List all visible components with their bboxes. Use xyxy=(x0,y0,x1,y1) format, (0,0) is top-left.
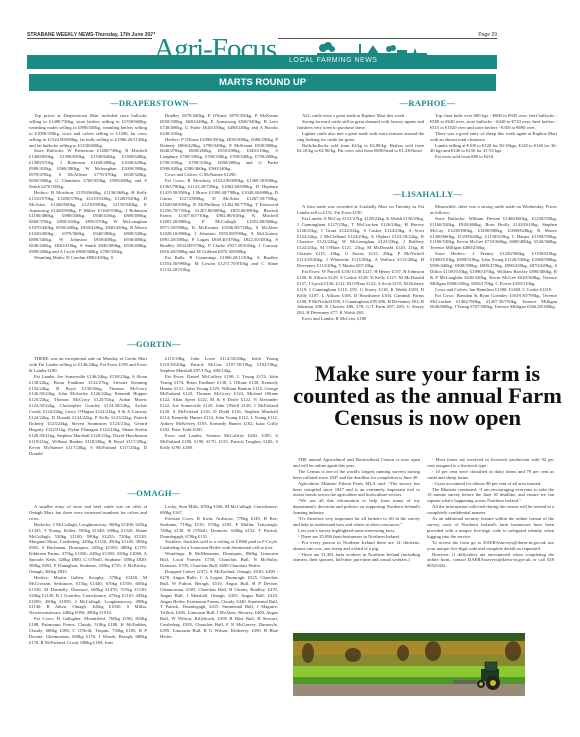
paragraph: £115/18kg, John Lowe £114.50/20kg, keith… xyxy=(160,356,278,374)
masthead-title: Agri-Focus xyxy=(152,34,278,55)
paragraph: Sucklers: Sucklers sold to a ceiling of … xyxy=(160,539,278,551)
gortin-col1: THERE was an exceptional sale on Monday … xyxy=(29,356,147,456)
paragraph: THERE was an exceptional sale on Monday … xyxy=(29,356,147,374)
paragraph: Lambs selling at €100 to €120 for 30-35k… xyxy=(430,143,557,155)
paragraph: Strong forward cattle still in great dem… xyxy=(297,119,424,131)
paragraph: Heifers: P O'Kane £1090/350kg, £830/300k… xyxy=(160,137,278,172)
section-heading-lisahally: —LISAHALLY— xyxy=(290,189,565,199)
tractor-field-image xyxy=(293,633,525,696)
paragraph: Weanlings: B McMenamin, Drumquin, 860kg … xyxy=(160,551,278,569)
raphoe-col1: ALL cattle were a great trade at Raphoe … xyxy=(297,113,424,154)
paragraph: Lighter cattle also met a great trade wi… xyxy=(297,131,424,143)
section-heading-omagh: —OMAGH— xyxy=(29,488,279,498)
census-headline: Make sure your farm is counted as the an… xyxy=(290,363,565,429)
paragraph: Top class bulls over 600 kgs - €600 to €… xyxy=(430,113,557,131)
paragraph: Fat Ewes: W Purcell £150 £138 £127, H He… xyxy=(297,269,424,316)
paragraph: A firm trade was recorded at Lisahally M… xyxy=(297,204,424,216)
paragraph: Ewes and Lambs: R McCrea, £180 xyxy=(297,316,424,322)
marts-banner: MARTS ROUND UP xyxy=(29,74,496,91)
paragraph: Fat Lambs: S McCay £131/27kg, £128/22kg,… xyxy=(297,216,424,269)
masthead-subtitle: LOCAL FARMING NEWS xyxy=(289,57,377,64)
paragraph: Fat Lambs: Joe Somerville £146/24kg, £13… xyxy=(29,374,147,457)
agri-focus-masthead: Agri-Focus LOCAL FARMING NEWS xyxy=(27,38,497,70)
paragraph: THE annual Agricultural and Horticultura… xyxy=(293,457,420,469)
paragraph: Store Bullocks: William Devine £1460/660… xyxy=(430,216,557,251)
paragraph: - 10 per cent were classified as dairy f… xyxy=(427,469,554,481)
paragraph: Bulls/bullocks sold from €2/kg to €2.80/… xyxy=(297,143,424,155)
paragraph: However, if difficulties are encountered… xyxy=(427,552,554,570)
paragraph: Bullocks: J McCullagh, Loughmacrory, 560… xyxy=(29,522,147,575)
paragraph: Store Heifers: J Feeney £1250/560kg, £11… xyxy=(430,251,557,286)
paragraph: - Grass accounted for almost 80 per cent… xyxy=(427,481,554,487)
gortin-col2: £115/18kg, John Lowe £114.50/20kg, keith… xyxy=(160,356,278,451)
paragraph: “It's therefore very important for all f… xyxy=(293,516,420,528)
census-col1: THE annual Agricultural and Horticultura… xyxy=(293,457,420,563)
lisahally-col1: A firm trade was recorded at Lisahally M… xyxy=(297,204,424,322)
omagh-col2: Lecky, Sion Mills, 670kg £168, M McCulla… xyxy=(160,504,278,640)
paragraph: - Most farms are involved in livestock p… xyxy=(427,457,554,469)
paragraph: As an additional security feature within… xyxy=(427,516,554,540)
tractor-field-photo xyxy=(293,633,525,696)
paragraph: Fat Bulls: R Cummings £1966.20/1130kg, S… xyxy=(160,255,278,273)
paragraph: The Minister continued: “I am encouragin… xyxy=(427,487,554,505)
paragraph: Dropped Calves (237): A McFarland, Omagh… xyxy=(160,569,278,640)
paragraph: “We use all this information to help for… xyxy=(293,498,420,516)
paragraph: Agriculture Minister Edwin Poots MLA sai… xyxy=(293,481,420,499)
section-heading-gortin: —GORTIN— xyxy=(29,339,279,349)
paragraph: All the information collected during the… xyxy=(427,504,554,516)
draperstown-col1: Top prices at Draperstown Mart included … xyxy=(29,113,147,261)
paragraph: Store Bullocks: W Pattersons £1480/730kg… xyxy=(29,148,147,189)
lisahally-col2: Meanwhile, there was a strong cattle tra… xyxy=(430,204,557,310)
paragraph: To access the form go to DAERAsurveys@da… xyxy=(427,540,554,552)
paragraph: Top prices at Draperstown Mart included … xyxy=(29,113,147,148)
paragraph: Fat Ewes: Daniel McCaffrey £190, L Young… xyxy=(160,374,278,433)
paragraph: - There are 51,301 farm workers in North… xyxy=(293,552,420,564)
farm-skyline-icon xyxy=(317,41,427,57)
paragraph: Meanwhile, there was a strong cattle tra… xyxy=(430,204,557,216)
paragraph: Heifers: Martin Gallen, Scraghy, 570kg £… xyxy=(29,575,147,616)
draperstown-col2: Bradley £870/440kg, P O'Kane £870/350kg,… xyxy=(160,113,278,272)
paragraph: Fat Cows: R Mowbray £1524.90/690kg, £136… xyxy=(160,178,278,255)
paragraph: Fat ewes sold from €80 to €216. xyxy=(430,154,557,160)
paragraph: Friesian Cows: B Irwin, Ardstraw, 770kg … xyxy=(160,516,278,540)
paragraph: Bradley £870/440kg, P O'Kane £870/350kg,… xyxy=(160,113,278,137)
paragraph: Lecky, Sion Mills, 670kg £168, M McCulla… xyxy=(160,504,278,516)
section-heading-draperstown: —DRAPERSTOWN— xyxy=(29,98,279,108)
paragraph: A smaller entry of store and beef cattle… xyxy=(29,504,147,522)
paragraph: Ewes and Lambs: Seamus McCaffrey £240, £… xyxy=(160,433,278,451)
paragraph: Weanling Males: D Carolan £890/430kg, S xyxy=(29,255,147,261)
section-heading-raphoe: —RAPHOE— xyxy=(290,98,565,108)
census-col2: - Most farms are involved in livestock p… xyxy=(427,457,554,569)
paragraph: Heifers: R Mowbray £1550/660kg, £1130/46… xyxy=(29,190,147,255)
paragraph: Fat Cows: H Gallagher, Mountfield, 760kg… xyxy=(29,616,147,646)
paragraph: - For every person in Northern Ireland t… xyxy=(293,540,420,552)
paragraph: Cows and Calves: Ian Hamilton £1390, £12… xyxy=(430,287,557,293)
raphoe-col2: Top class bulls over 600 kgs - €600 to €… xyxy=(430,113,557,160)
omagh-col1: A smaller entry of store and beef cattle… xyxy=(29,504,147,646)
paragraph: The Census is one of the world's longest… xyxy=(293,469,420,481)
paragraph: There was a good entry of sheep this wee… xyxy=(430,131,557,143)
paragraph: Fat Cows: Brendan & Ryan Gormley £1619.5… xyxy=(430,293,557,311)
